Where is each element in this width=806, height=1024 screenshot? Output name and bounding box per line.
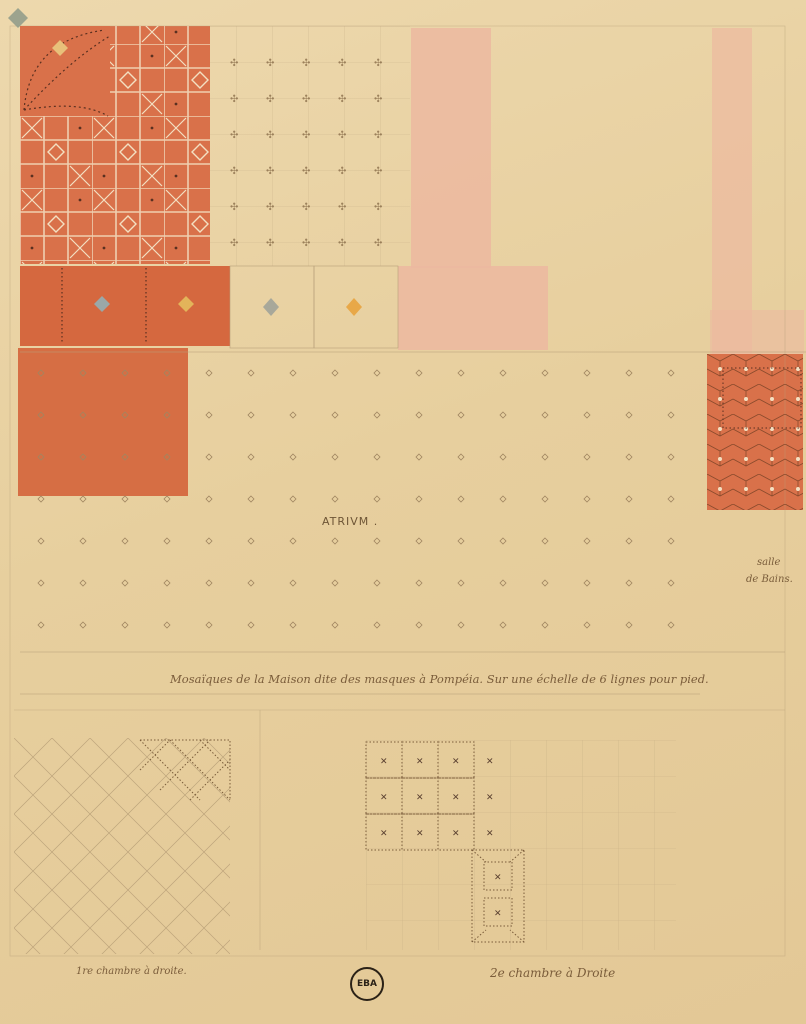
svg-text:✣: ✣ [302,166,310,177]
svg-text:✣: ✣ [338,238,346,249]
svg-text:✕: ✕ [452,829,460,839]
first-room-diagonal-grid [14,738,230,954]
svg-text:✣: ✣ [338,94,346,105]
svg-text:✕: ✕ [416,757,424,767]
svg-text:✕: ✕ [380,829,388,839]
svg-text:✣: ✣ [302,58,310,69]
svg-text:✣: ✣ [374,94,382,105]
svg-text:✣: ✣ [266,238,274,249]
svg-text:✕: ✕ [494,873,502,883]
svg-text:✣: ✣ [230,202,238,213]
svg-text:✕: ✕ [486,757,494,767]
svg-text:✣: ✣ [302,238,310,249]
svg-text:✣: ✣ [230,130,238,141]
svg-text:✣: ✣ [374,58,382,69]
svg-text:✣: ✣ [266,58,274,69]
atrium-label: ATRIVM . [322,515,378,528]
svg-text:✣: ✣ [302,94,310,105]
svg-text:✕: ✕ [452,757,460,767]
svg-text:✣: ✣ [374,238,382,249]
svg-text:✣: ✣ [374,202,382,213]
svg-text:✣: ✣ [266,202,274,213]
svg-text:✣: ✣ [266,166,274,177]
svg-text:✣: ✣ [230,58,238,69]
drawing-sheet: ✣✣✣✣✣ ✣✣✣✣✣ ✣✣✣✣✣ ✣✣✣✣✣ ✣✣✣✣✣ ✣✣✣✣✣ [0,0,806,1024]
svg-text:✣: ✣ [374,166,382,177]
salle-label-line2: de Bains. [746,574,793,585]
svg-text:✕: ✕ [416,793,424,803]
svg-text:✕: ✕ [380,793,388,803]
svg-text:✣: ✣ [374,130,382,141]
svg-text:✕: ✕ [416,829,424,839]
eba-stamp: EBA [350,967,384,1001]
svg-text:✣: ✣ [338,202,346,213]
atrium-grid [20,352,706,652]
second-room-caption: 2e chambre à Droite [490,966,615,980]
svg-text:✣: ✣ [266,130,274,141]
svg-text:✕: ✕ [486,793,494,803]
svg-text:✕: ✕ [380,757,388,767]
svg-text:✣: ✣ [302,202,310,213]
svg-text:✕: ✕ [486,829,494,839]
first-room-caption: 1re chambre à droite. [76,966,187,977]
svg-text:✣: ✣ [338,166,346,177]
svg-text:✕: ✕ [452,793,460,803]
svg-text:✣: ✣ [230,94,238,105]
salle-label-line1: salle [757,557,780,568]
svg-text:✣: ✣ [266,94,274,105]
svg-text:✣: ✣ [230,166,238,177]
svg-text:✣: ✣ [338,130,346,141]
title-caption: Mosaïques de la Maison dite des masques … [170,672,709,686]
svg-text:✣: ✣ [230,238,238,249]
svg-text:✣: ✣ [338,58,346,69]
drawing-linework: ✣✣✣✣✣ ✣✣✣✣✣ ✣✣✣✣✣ ✣✣✣✣✣ ✣✣✣✣✣ ✣✣✣✣✣ [0,0,806,1024]
svg-text:✕: ✕ [494,909,502,919]
svg-text:✣: ✣ [302,130,310,141]
second-room-grid [366,740,676,950]
